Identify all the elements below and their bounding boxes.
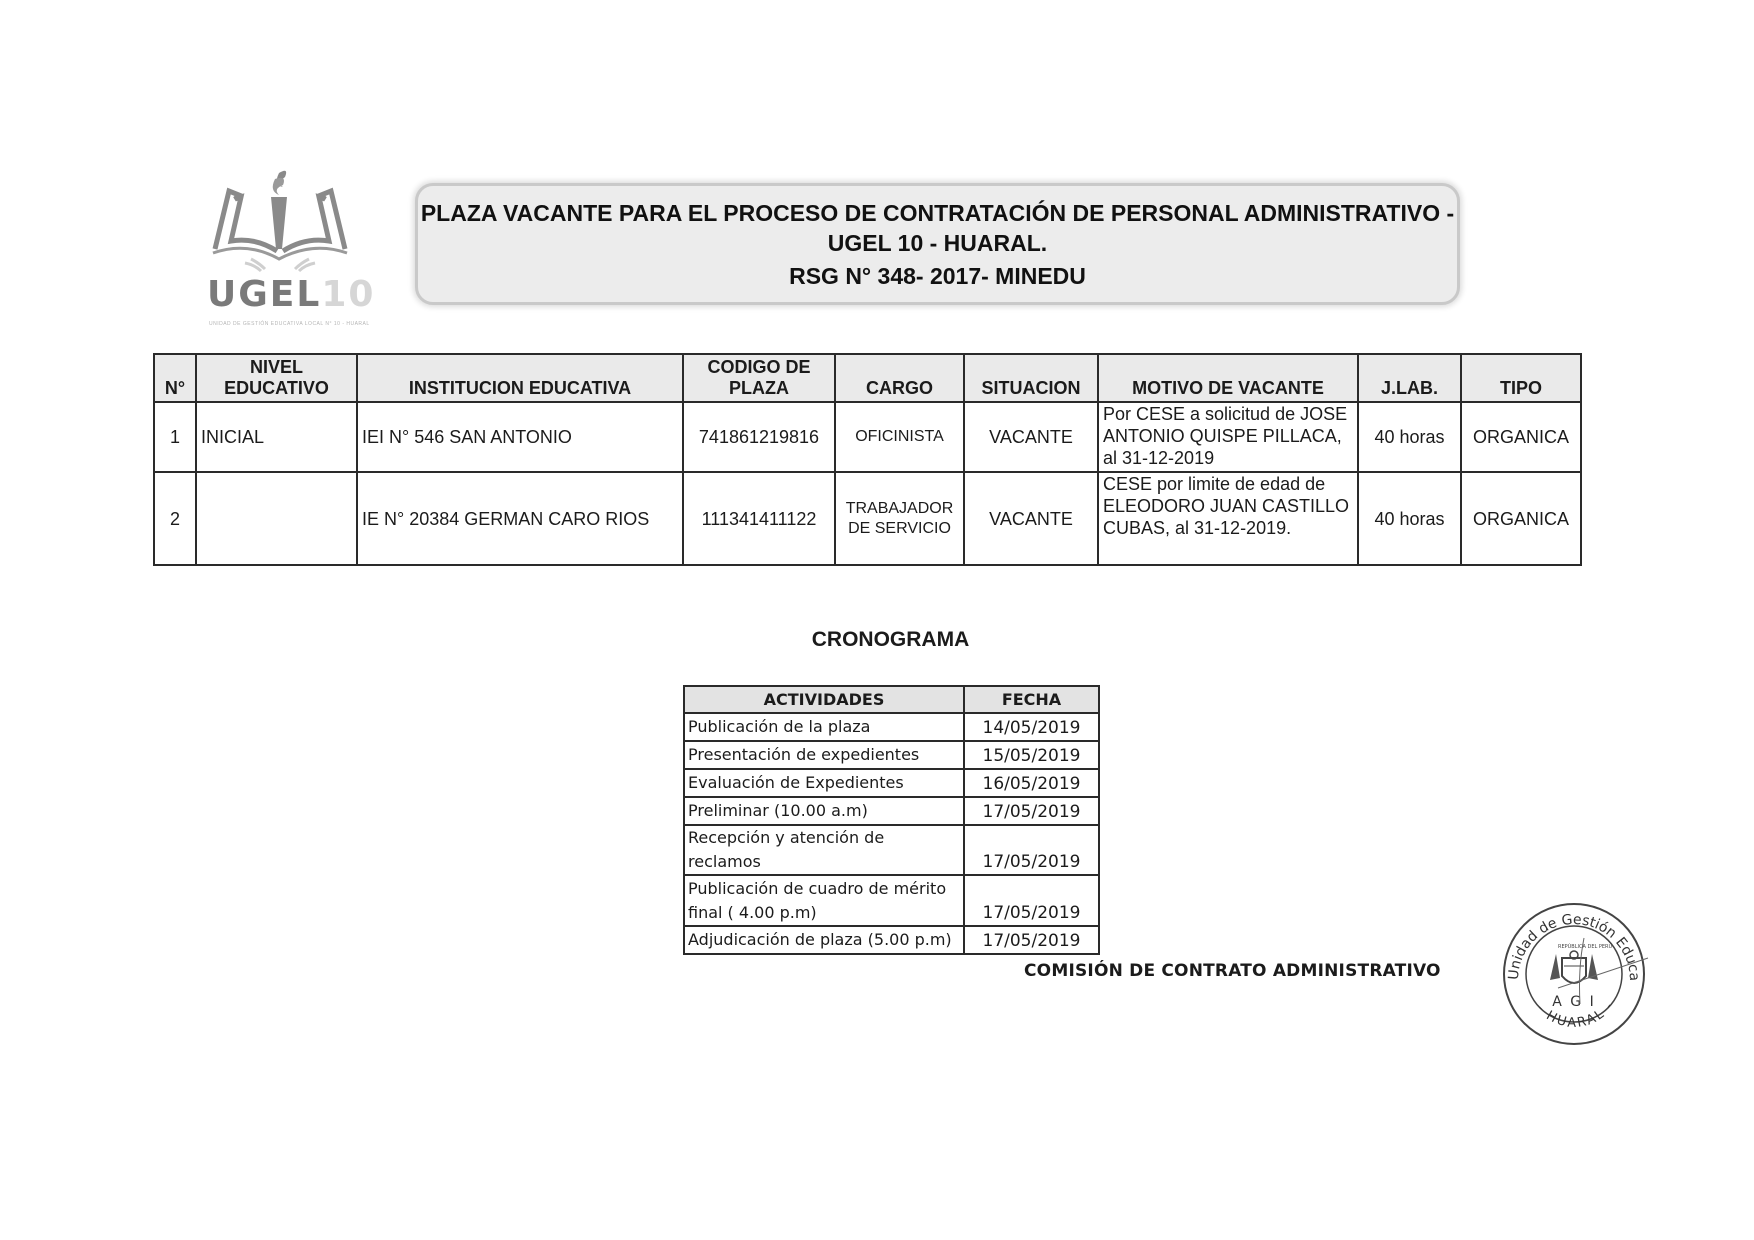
cronograma-header-row: ACTIVIDADES FECHA [684, 686, 1099, 713]
cell-actividad: Publicación de cuadro de mérito final ( … [684, 875, 964, 926]
cell-motivo: Por CESE a solicitud de JOSE ANTONIO QUI… [1098, 402, 1358, 472]
cell-n: 2 [154, 472, 196, 565]
table-header-row: N° NIVEL EDUCATIVO INSTITUCION EDUCATIVA… [154, 354, 1581, 402]
col-header-tipo: TIPO [1461, 354, 1581, 402]
cronograma-table: ACTIVIDADES FECHA Publicación de la plaz… [683, 685, 1100, 955]
cell-actividad: Presentación de expedientes [684, 741, 964, 769]
table-row: 2 IE N° 20384 GERMAN CARO RIOS 111341411… [154, 472, 1581, 565]
cell-nivel: INICIAL [196, 402, 357, 472]
col-header-cargo: CARGO [835, 354, 964, 402]
seal-icon: Unidad de Gestión Educativa Local N° 10 … [1498, 898, 1650, 1048]
seal-center-text: A G I [1552, 994, 1595, 1010]
col-header-nivel: NIVEL EDUCATIVO [196, 354, 357, 402]
logo-subtitle: UNIDAD DE GESTIÓN EDUCATIVA LOCAL N° 10 … [209, 321, 370, 327]
document-title-box: PLAZA VACANTE PARA EL PROCESO DE CONTRAT… [415, 183, 1460, 305]
seal-outer-text: Unidad de Gestión Educativa Local N° 10 [1498, 898, 1642, 981]
cronograma-row: Preliminar (10.00 a.m) 17/05/2019 [684, 797, 1099, 825]
cronograma-row: Recepción y atención de reclamos 17/05/2… [684, 825, 1099, 875]
cell-situacion: VACANTE [964, 472, 1098, 565]
commission-signature-label: COMISIÓN DE CONTRATO ADMINISTRATIVO [1024, 961, 1441, 981]
col-header-institucion: INSTITUCION EDUCATIVA [357, 354, 683, 402]
title-line-2: UGEL 10 - HUARAL. [418, 230, 1457, 257]
cronograma-row: Adjudicación de plaza (5.00 p.m) 17/05/2… [684, 926, 1099, 954]
col-header-actividades: ACTIVIDADES [684, 686, 964, 713]
cell-codigo: 111341411122 [683, 472, 835, 565]
svg-text:REPÚBLICA DEL PERÚ: REPÚBLICA DEL PERÚ [1558, 943, 1613, 950]
cell-motivo: CESE por limite de edad de ELEODORO JUAN… [1098, 472, 1358, 565]
cell-fecha: 17/05/2019 [964, 875, 1099, 926]
ugel-logo: UGEL10 UNIDAD DE GESTIÓN EDUCATIVA LOCAL… [205, 165, 355, 335]
cell-jlab: 40 horas [1358, 402, 1461, 472]
cell-fecha: 17/05/2019 [964, 825, 1099, 875]
cell-actividad: Evaluación de Expedientes [684, 769, 964, 797]
cronograma-row: Publicación de cuadro de mérito final ( … [684, 875, 1099, 926]
official-seal: Unidad de Gestión Educativa Local N° 10 … [1498, 898, 1650, 1048]
cronograma-title: CRONOGRAMA [683, 628, 1098, 652]
cell-institucion: IEI N° 546 SAN ANTONIO [357, 402, 683, 472]
vacancies-table: N° NIVEL EDUCATIVO INSTITUCION EDUCATIVA… [153, 353, 1582, 566]
cell-tipo: ORGANICA [1461, 402, 1581, 472]
cell-actividad: Adjudicación de plaza (5.00 p.m) [684, 926, 964, 954]
cell-actividad: Recepción y atención de reclamos [684, 825, 964, 875]
svg-text:Unidad de Gestión Educativa Lo: Unidad de Gestión Educativa Local N° 10 [1498, 898, 1642, 981]
cell-tipo: ORGANICA [1461, 472, 1581, 565]
cell-cargo: TRABAJADOR DE SERVICIO [835, 472, 964, 565]
cell-actividad: Publicación de la plaza [684, 713, 964, 741]
cronograma-row: Publicación de la plaza 14/05/2019 [684, 713, 1099, 741]
cell-n: 1 [154, 402, 196, 472]
cronograma-row: Evaluación de Expedientes 16/05/2019 [684, 769, 1099, 797]
col-header-codigo: CODIGO DE PLAZA [683, 354, 835, 402]
cell-fecha: 17/05/2019 [964, 797, 1099, 825]
logo-wordmark: UGEL10 [207, 277, 375, 313]
cell-fecha: 15/05/2019 [964, 741, 1099, 769]
cell-cargo: OFICINISTA [835, 402, 964, 472]
cell-situacion: VACANTE [964, 402, 1098, 472]
cell-actividad: Preliminar (10.00 a.m) [684, 797, 964, 825]
col-header-n: N° [154, 354, 196, 402]
title-line-3: RSG N° 348- 2017- MINEDU [418, 263, 1457, 290]
cell-fecha: 17/05/2019 [964, 926, 1099, 954]
cell-fecha: 16/05/2019 [964, 769, 1099, 797]
col-header-fecha: FECHA [964, 686, 1099, 713]
cronograma-row: Presentación de expedientes 15/05/2019 [684, 741, 1099, 769]
cell-fecha: 14/05/2019 [964, 713, 1099, 741]
cell-jlab: 40 horas [1358, 472, 1461, 565]
cell-nivel [196, 472, 357, 565]
col-header-jlab: J.LAB. [1358, 354, 1461, 402]
cell-institucion: IE N° 20384 GERMAN CARO RIOS [357, 472, 683, 565]
peru-coat-of-arms-icon: REPÚBLICA DEL PERÚ [1550, 943, 1613, 983]
cell-codigo: 741861219816 [683, 402, 835, 472]
title-line-1: PLAZA VACANTE PARA EL PROCESO DE CONTRAT… [418, 200, 1457, 227]
col-header-situacion: SITUACION [964, 354, 1098, 402]
col-header-motivo: MOTIVO DE VACANTE [1098, 354, 1358, 402]
table-row: 1 INICIAL IEI N° 546 SAN ANTONIO 7418612… [154, 402, 1581, 472]
